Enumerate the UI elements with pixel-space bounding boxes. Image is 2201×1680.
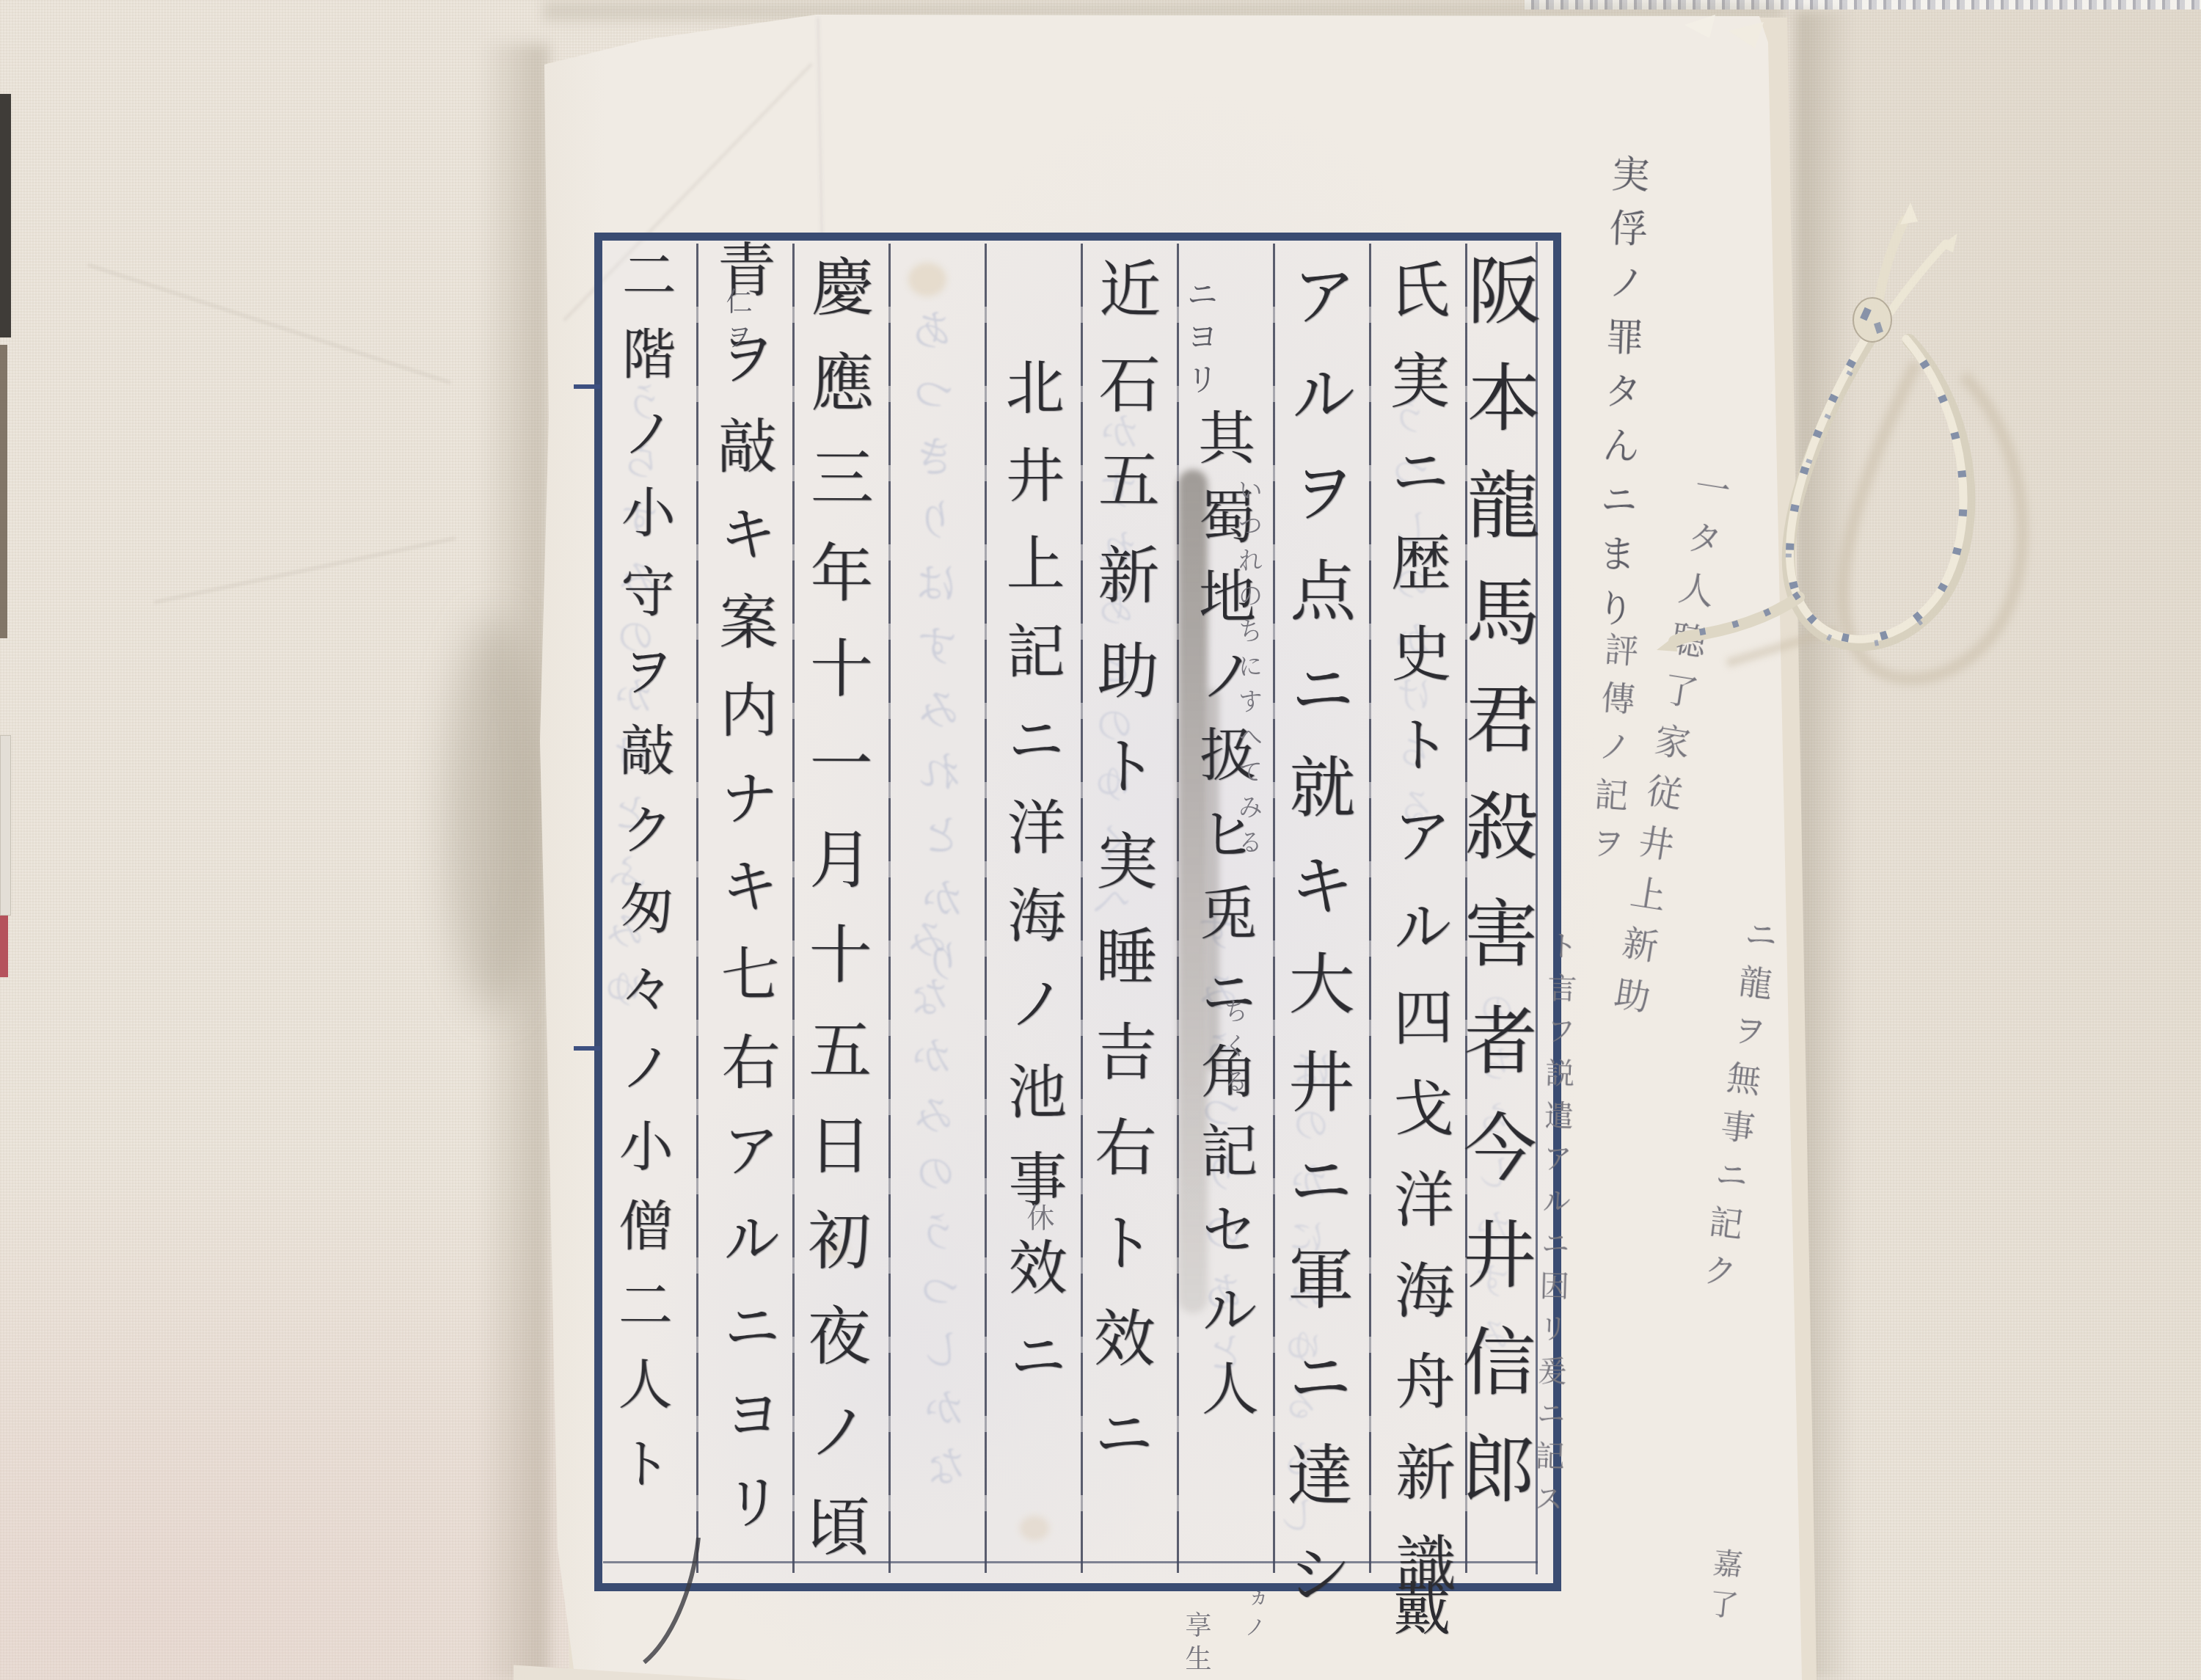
- cord-fray-tip: [1900, 202, 1918, 224]
- brush-tail-stroke: [644, 1538, 698, 1662]
- cord-shadow: [1843, 362, 2022, 679]
- cord-strand-back: [1789, 330, 1969, 645]
- paper-fray: [1729, 22, 1764, 48]
- cord-fray-tip: [1657, 635, 1677, 651]
- manuscript-photo: あつきりはすみれとかり うらすみのかけとふみゆ みなかみのうつしかな かすれあと…: [0, 0, 2201, 1680]
- paper-fray: [1684, 15, 1715, 38]
- cord-knot: [1853, 298, 1891, 342]
- cord-tail: [1674, 597, 1799, 641]
- binding-cord: [0, 0, 2201, 1680]
